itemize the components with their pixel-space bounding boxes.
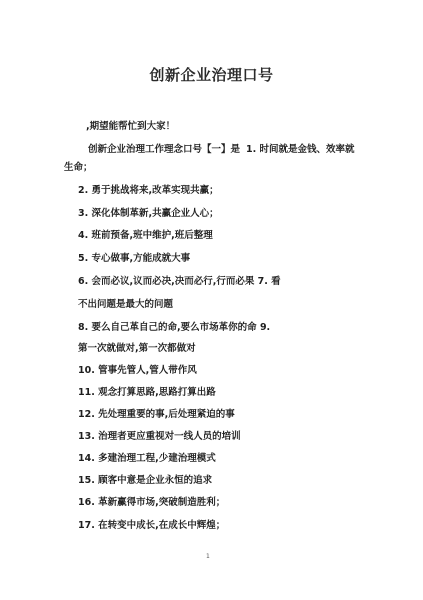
slogan-item: 10. 管事先管人,管人带作风 [78, 362, 197, 376]
slogan-item: 4. 班前预备,班中维护,班后整理 [78, 227, 213, 241]
slogan-item: 3. 深化体制革新,共赢企业人心； [78, 205, 219, 219]
slogan-item: 8. 要么自己革自己的命,要么市场革你的命 9. [78, 319, 270, 333]
slogan-item: 12. 先处理重要的事,后处理紧迫的事 [78, 406, 235, 420]
slogan-item: 15. 顾客中意是企业永恒的追求 [78, 472, 212, 486]
document-page: 创新企业治理口号 ,期望能帮忙到大家！ 创新企业治理工作理念口号【一】是 1. … [0, 0, 423, 600]
slogan-item: 13. 治理者更应重视对一线人员的培训 [78, 428, 241, 442]
slogan-item: 14. 多建治理工程,少建治理模式 [78, 450, 216, 464]
slogan-item: 11. 观念打算思路,思路打算出路 [78, 384, 216, 398]
document-title: 创新企业治理口号 [0, 64, 423, 85]
slogan-item: 16. 革新赢得市场,突破制造胜利； [78, 494, 225, 508]
slogan-item: 第一次就做对,第一次都做对 [78, 340, 196, 354]
slogan-item: 5. 专心做事,方能成就大事 [78, 250, 190, 264]
slogan-item-1-continued: 生命； [64, 159, 93, 173]
slogan-item: 17. 在转变中成长,在成长中辉煌； [78, 517, 225, 531]
slogan-item-1: 1. 时间就是金钱、效率就 [246, 141, 355, 155]
page-number: 1 [206, 553, 210, 560]
intro-text: ,期望能帮忙到大家！ [86, 118, 175, 132]
slogan-item: 2. 勇于挑战将来,改革实现共赢； [78, 182, 219, 196]
slogan-item: 不出问题是最大的问题 [78, 296, 173, 310]
slogan-item: 6. 会而必议,议而必决,决而必行,行而必果 7. 看 [78, 273, 281, 287]
subheading: 创新企业治理工作理念口号【一】是 [88, 141, 240, 155]
